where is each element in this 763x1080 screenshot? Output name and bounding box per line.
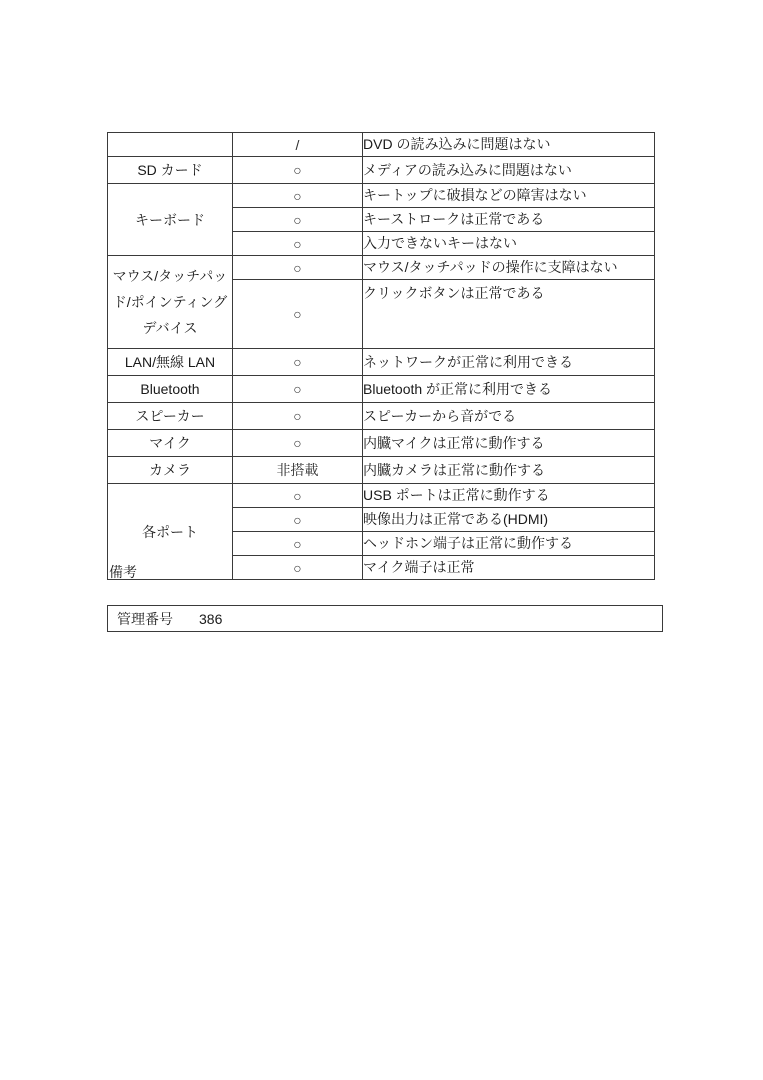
status-circle: ○: [293, 381, 301, 397]
check-item-cell: クリックボタンは正常である: [363, 280, 655, 349]
status-text: 非搭載: [277, 462, 319, 478]
management-number-value: 386: [199, 611, 222, 627]
status-cell: ○: [233, 232, 363, 256]
table-row: Bluetooth ○ Bluetooth が正常に利用できる: [108, 376, 655, 403]
table-row: / DVD の読み込みに問題はない: [108, 133, 655, 157]
device-label-cell: マイク: [108, 430, 233, 457]
check-item-cell: スピーカーから音がでる: [363, 403, 655, 430]
check-item-cell: キーストロークは正常である: [363, 208, 655, 232]
status-cell: ○: [233, 256, 363, 280]
check-item-cell: 内臓マイクは正常に動作する: [363, 430, 655, 457]
status-cell: /: [233, 133, 363, 157]
status-circle: ○: [293, 512, 301, 528]
status-cell: ○: [233, 208, 363, 232]
hardware-check-table-wrap: / DVD の読み込みに問題はない SD カード ○ メディアの読み込みに問題は…: [107, 132, 654, 580]
status-circle: ○: [293, 162, 301, 178]
check-item-cell: 入力できないキーはない: [363, 232, 655, 256]
check-item-cell: ネットワークが正常に利用できる: [363, 349, 655, 376]
status-cell: ○: [233, 556, 363, 580]
table-row: カメラ 非搭載 内臓カメラは正常に動作する: [108, 457, 655, 484]
status-circle: ○: [293, 560, 301, 576]
table-row: LAN/無線 LAN ○ ネットワークが正常に利用できる: [108, 349, 655, 376]
status-circle: ○: [293, 488, 301, 504]
status-circle: ○: [293, 306, 301, 322]
device-label-cell: カメラ: [108, 457, 233, 484]
table-row: 各ポート ○ USB ポートは正常に動作する: [108, 484, 655, 508]
check-item-cell: DVD の読み込みに問題はない: [363, 133, 655, 157]
check-item-cell: 内臓カメラは正常に動作する: [363, 457, 655, 484]
status-circle: ○: [293, 408, 301, 424]
device-label-cell: マウス/タッチパッド/ポインティングデバイス: [108, 256, 233, 349]
status-cell: ○: [233, 484, 363, 508]
management-number-label: 管理番号: [117, 609, 173, 629]
document-page: / DVD の読み込みに問題はない SD カード ○ メディアの読み込みに問題は…: [0, 0, 763, 1080]
check-item-cell: 映像出力は正常である(HDMI): [363, 508, 655, 532]
check-item-cell: マウス/タッチパッドの操作に支障はない: [363, 256, 655, 280]
status-cell: ○: [233, 376, 363, 403]
status-cell: ○: [233, 508, 363, 532]
status-circle: ○: [293, 536, 301, 552]
status-circle: ○: [293, 260, 301, 276]
status-cell: ○: [233, 403, 363, 430]
check-item-cell: マイク端子は正常: [363, 556, 655, 580]
status-cell: ○: [233, 349, 363, 376]
table-row: キーボード ○ キートップに破損などの障害はない: [108, 184, 655, 208]
table-row: マウス/タッチパッド/ポインティングデバイス ○ マウス/タッチパッドの操作に支…: [108, 256, 655, 280]
status-cell: ○: [233, 532, 363, 556]
status-circle: ○: [293, 354, 301, 370]
device-label-cell: Bluetooth: [108, 376, 233, 403]
device-label-cell: [108, 133, 233, 157]
check-item-cell: ヘッドホン端子は正常に動作する: [363, 532, 655, 556]
device-label-cell: キーボード: [108, 184, 233, 256]
device-label-cell: スピーカー: [108, 403, 233, 430]
status-cell: ○: [233, 157, 363, 184]
check-item-cell: Bluetooth が正常に利用できる: [363, 376, 655, 403]
check-item-cell: メディアの読み込みに問題はない: [363, 157, 655, 184]
check-item-cell: キートップに破損などの障害はない: [363, 184, 655, 208]
device-label-cell: SD カード: [108, 157, 233, 184]
status-cell: 非搭載: [233, 457, 363, 484]
table-row: SD カード ○ メディアの読み込みに問題はない: [108, 157, 655, 184]
status-mark: /: [296, 137, 300, 153]
check-item-cell: USB ポートは正常に動作する: [363, 484, 655, 508]
status-circle: ○: [293, 212, 301, 228]
status-cell: ○: [233, 430, 363, 457]
status-cell: ○: [233, 184, 363, 208]
table-row: スピーカー ○ スピーカーから音がでる: [108, 403, 655, 430]
hardware-check-table: / DVD の読み込みに問題はない SD カード ○ メディアの読み込みに問題は…: [107, 132, 655, 580]
remarks-label: 備考: [109, 564, 137, 581]
status-circle: ○: [293, 435, 301, 451]
status-circle: ○: [293, 188, 301, 204]
device-label-cell: LAN/無線 LAN: [108, 349, 233, 376]
table-row: マイク ○ 内臓マイクは正常に動作する: [108, 430, 655, 457]
management-number-box: 管理番号 386: [107, 605, 663, 632]
status-cell: ○: [233, 280, 363, 349]
status-circle: ○: [293, 236, 301, 252]
